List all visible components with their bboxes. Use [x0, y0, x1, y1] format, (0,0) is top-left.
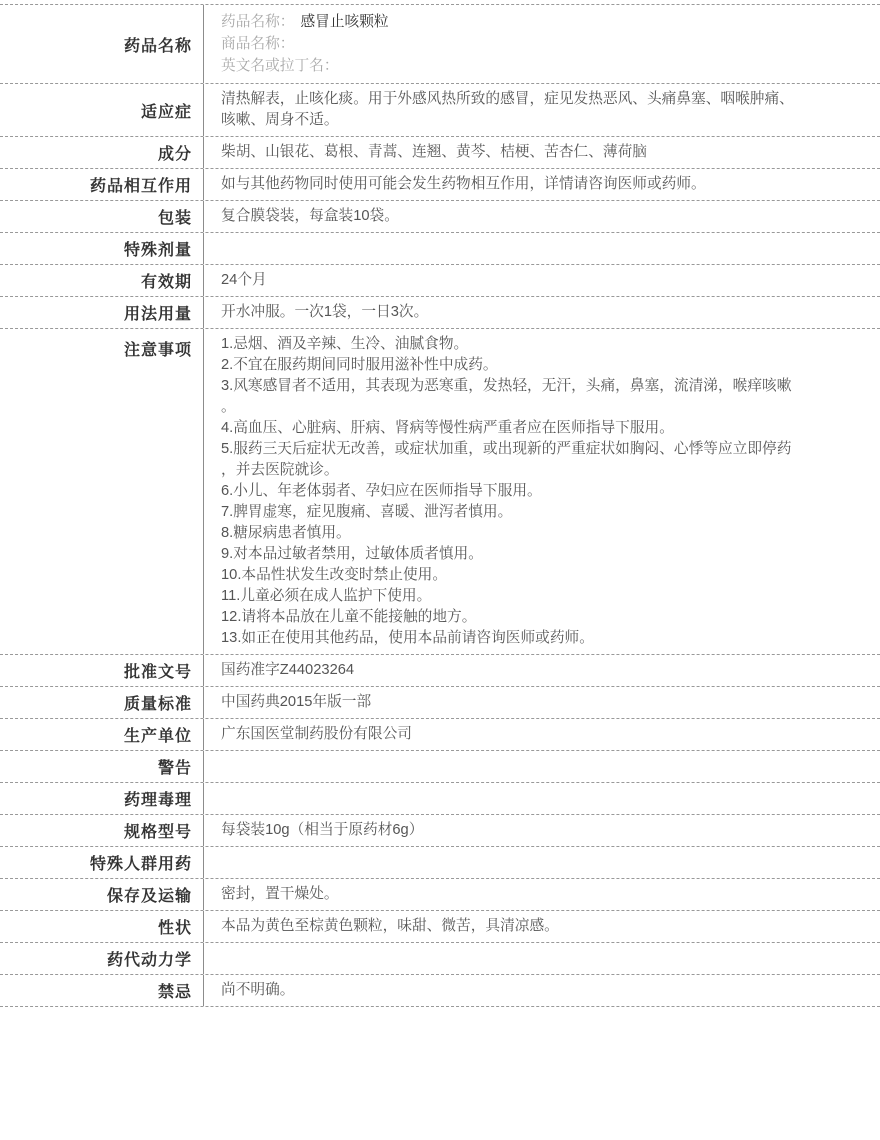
row-label: 警告: [0, 751, 204, 782]
row-label: 成分: [0, 137, 204, 168]
generic-name-value: 感冒止咳颗粒: [300, 14, 388, 30]
precaution-item: 12.请将本品放在儿童不能接触的地方。: [221, 607, 803, 628]
row-contraindications: 禁忌 尚不明确。: [0, 975, 880, 1007]
content-text: 开水冲服。一次1袋，一日3次。: [221, 302, 803, 323]
precaution-item: 2.不宜在服药期间同时服用滋补性中成药。: [221, 355, 803, 376]
row-label: 有效期: [0, 265, 204, 296]
row-content: 药品名称：感冒止咳颗粒 商品名称： 英文名或拉丁名：: [204, 5, 880, 83]
content-text: 国药准字Z44023264: [221, 660, 803, 681]
row-label: 用法用量: [0, 297, 204, 328]
precaution-item: 7.脾胃虚寒，症见腹痛、喜暖、泄泻者慎用。: [221, 502, 803, 523]
row-label: 特殊人群用药: [0, 847, 204, 878]
content-text: 广东国医堂制药股份有限公司: [221, 724, 803, 745]
precaution-item: 10.本品性状发生改变时禁止使用。: [221, 565, 803, 586]
row-content: 中国药典2015年版一部: [204, 687, 880, 718]
row-content: 24个月: [204, 265, 880, 296]
row-content: 尚不明确。: [204, 975, 880, 1006]
row-shelf-life: 有效期 24个月: [0, 265, 880, 297]
row-precautions: 注意事项 1.忌烟、酒及辛辣、生冷、油腻食物。 2.不宜在服药期间同时服用滋补性…: [0, 329, 880, 655]
trade-name-key: 商品名称：: [221, 36, 294, 52]
row-storage-transport: 保存及运输 密封，置干燥处。: [0, 879, 880, 911]
generic-name-line: 药品名称：感冒止咳颗粒: [221, 11, 803, 33]
row-content: 清热解表，止咳化痰。用于外感风热所致的感冒，症见发热恶风、头痛鼻塞、咽喉肿痛、咳…: [204, 84, 880, 136]
row-content: 本品为黄色至棕黄色颗粒，味甜、微苦，具清凉感。: [204, 911, 880, 942]
content-text: 密封，置干燥处。: [221, 884, 803, 905]
row-content: 如与其他药物同时使用可能会发生药物相互作用，详情请咨询医师或药师。: [204, 169, 880, 200]
row-content: 密封，置干燥处。: [204, 879, 880, 910]
row-ingredients: 成分 柴胡、山银花、葛根、青蒿、连翘、黄芩、桔梗、苦杏仁、薄荷脑: [0, 137, 880, 169]
content-text: 本品为黄色至棕黄色颗粒，味甜、微苦，具清凉感。: [221, 916, 803, 937]
row-content: 1.忌烟、酒及辛辣、生冷、油腻食物。 2.不宜在服药期间同时服用滋补性中成药。 …: [204, 329, 880, 654]
row-label: 药代动力学: [0, 943, 204, 974]
row-approval-number: 批准文号 国药准字Z44023264: [0, 655, 880, 687]
english-name-key: 英文名或拉丁名：: [221, 58, 339, 74]
row-content: 柴胡、山银花、葛根、青蒿、连翘、黄芩、桔梗、苦杏仁、薄荷脑: [204, 137, 880, 168]
row-content: [204, 943, 880, 974]
precaution-item: 13.如正在使用其他药品，使用本品前请咨询医师或药师。: [221, 628, 803, 649]
content-text: 清热解表，止咳化痰。用于外感风热所致的感冒，症见发热恶风、头痛鼻塞、咽喉肿痛、咳…: [221, 89, 803, 131]
row-content: 每袋装10g（相当于原药材6g）: [204, 815, 880, 846]
row-content: 广东国医堂制药股份有限公司: [204, 719, 880, 750]
row-content: [204, 233, 880, 264]
row-special-dosage: 特殊剂量: [0, 233, 880, 265]
row-label: 适应症: [0, 84, 204, 136]
row-content: [204, 751, 880, 782]
content-text: 复合膜袋装，每盒装10袋。: [221, 206, 803, 227]
precaution-item: 5.服药三天后症状无改善，或症状加重，或出现新的严重症状如胸闷、心悸等应立即停药…: [221, 439, 803, 481]
precaution-item: 11.儿童必须在成人监护下使用。: [221, 586, 803, 607]
row-manufacturer: 生产单位 广东国医堂制药股份有限公司: [0, 719, 880, 751]
precaution-item: 1.忌烟、酒及辛辣、生冷、油腻食物。: [221, 334, 803, 355]
row-label: 保存及运输: [0, 879, 204, 910]
row-appearance: 性状 本品为黄色至棕黄色颗粒，味甜、微苦，具清凉感。: [0, 911, 880, 943]
content-text: 柴胡、山银花、葛根、青蒿、连翘、黄芩、桔梗、苦杏仁、薄荷脑: [221, 142, 803, 163]
row-label: 药品名称: [0, 5, 204, 83]
precaution-item: 3.风寒感冒者不适用，其表现为恶寒重，发热轻，无汗，头痛，鼻塞，流清涕，喉痒咳嗽…: [221, 376, 803, 418]
row-label: 包装: [0, 201, 204, 232]
generic-name-key: 药品名称：: [221, 14, 294, 30]
row-specification: 规格型号 每袋装10g（相当于原药材6g）: [0, 815, 880, 847]
row-drug-interactions: 药品相互作用 如与其他药物同时使用可能会发生药物相互作用，详情请咨询医师或药师。: [0, 169, 880, 201]
row-label: 注意事项: [0, 329, 204, 654]
content-text: 中国药典2015年版一部: [221, 692, 803, 713]
precaution-item: 9.对本品过敏者禁用，过敏体质者慎用。: [221, 544, 803, 565]
content-text: 每袋装10g（相当于原药材6g）: [221, 820, 803, 841]
english-name-line: 英文名或拉丁名：: [221, 55, 803, 77]
row-label: 特殊剂量: [0, 233, 204, 264]
row-drug-name: 药品名称 药品名称：感冒止咳颗粒 商品名称： 英文名或拉丁名：: [0, 5, 880, 84]
content-text: 24个月: [221, 270, 803, 291]
row-content: [204, 783, 880, 814]
row-label: 批准文号: [0, 655, 204, 686]
content-text: 尚不明确。: [221, 980, 803, 1001]
row-label: 生产单位: [0, 719, 204, 750]
precaution-item: 4.高血压、心脏病、肝病、肾病等慢性病严重者应在医师指导下服用。: [221, 418, 803, 439]
trade-name-line: 商品名称：: [221, 33, 803, 55]
row-content: 复合膜袋装，每盒装10袋。: [204, 201, 880, 232]
row-special-populations: 特殊人群用药: [0, 847, 880, 879]
row-pharmacology-toxicology: 药理毒理: [0, 783, 880, 815]
row-label: 药理毒理: [0, 783, 204, 814]
row-quality-standard: 质量标准 中国药典2015年版一部: [0, 687, 880, 719]
row-label: 禁忌: [0, 975, 204, 1006]
row-content: 国药准字Z44023264: [204, 655, 880, 686]
row-warning: 警告: [0, 751, 880, 783]
row-pharmacokinetics: 药代动力学: [0, 943, 880, 975]
row-dosage-usage: 用法用量 开水冲服。一次1袋，一日3次。: [0, 297, 880, 329]
row-label: 药品相互作用: [0, 169, 204, 200]
drug-info-table: 药品名称 药品名称：感冒止咳颗粒 商品名称： 英文名或拉丁名： 适应症 清热解表…: [0, 4, 880, 1007]
row-content: 开水冲服。一次1袋，一日3次。: [204, 297, 880, 328]
row-packaging: 包装 复合膜袋装，每盒装10袋。: [0, 201, 880, 233]
precaution-item: 8.糖尿病患者慎用。: [221, 523, 803, 544]
row-label: 质量标准: [0, 687, 204, 718]
row-content: [204, 847, 880, 878]
row-label: 性状: [0, 911, 204, 942]
content-text: 如与其他药物同时使用可能会发生药物相互作用，详情请咨询医师或药师。: [221, 174, 803, 195]
precaution-item: 6.小儿、年老体弱者、孕妇应在医师指导下服用。: [221, 481, 803, 502]
row-indications: 适应症 清热解表，止咳化痰。用于外感风热所致的感冒，症见发热恶风、头痛鼻塞、咽喉…: [0, 84, 880, 137]
row-label: 规格型号: [0, 815, 204, 846]
